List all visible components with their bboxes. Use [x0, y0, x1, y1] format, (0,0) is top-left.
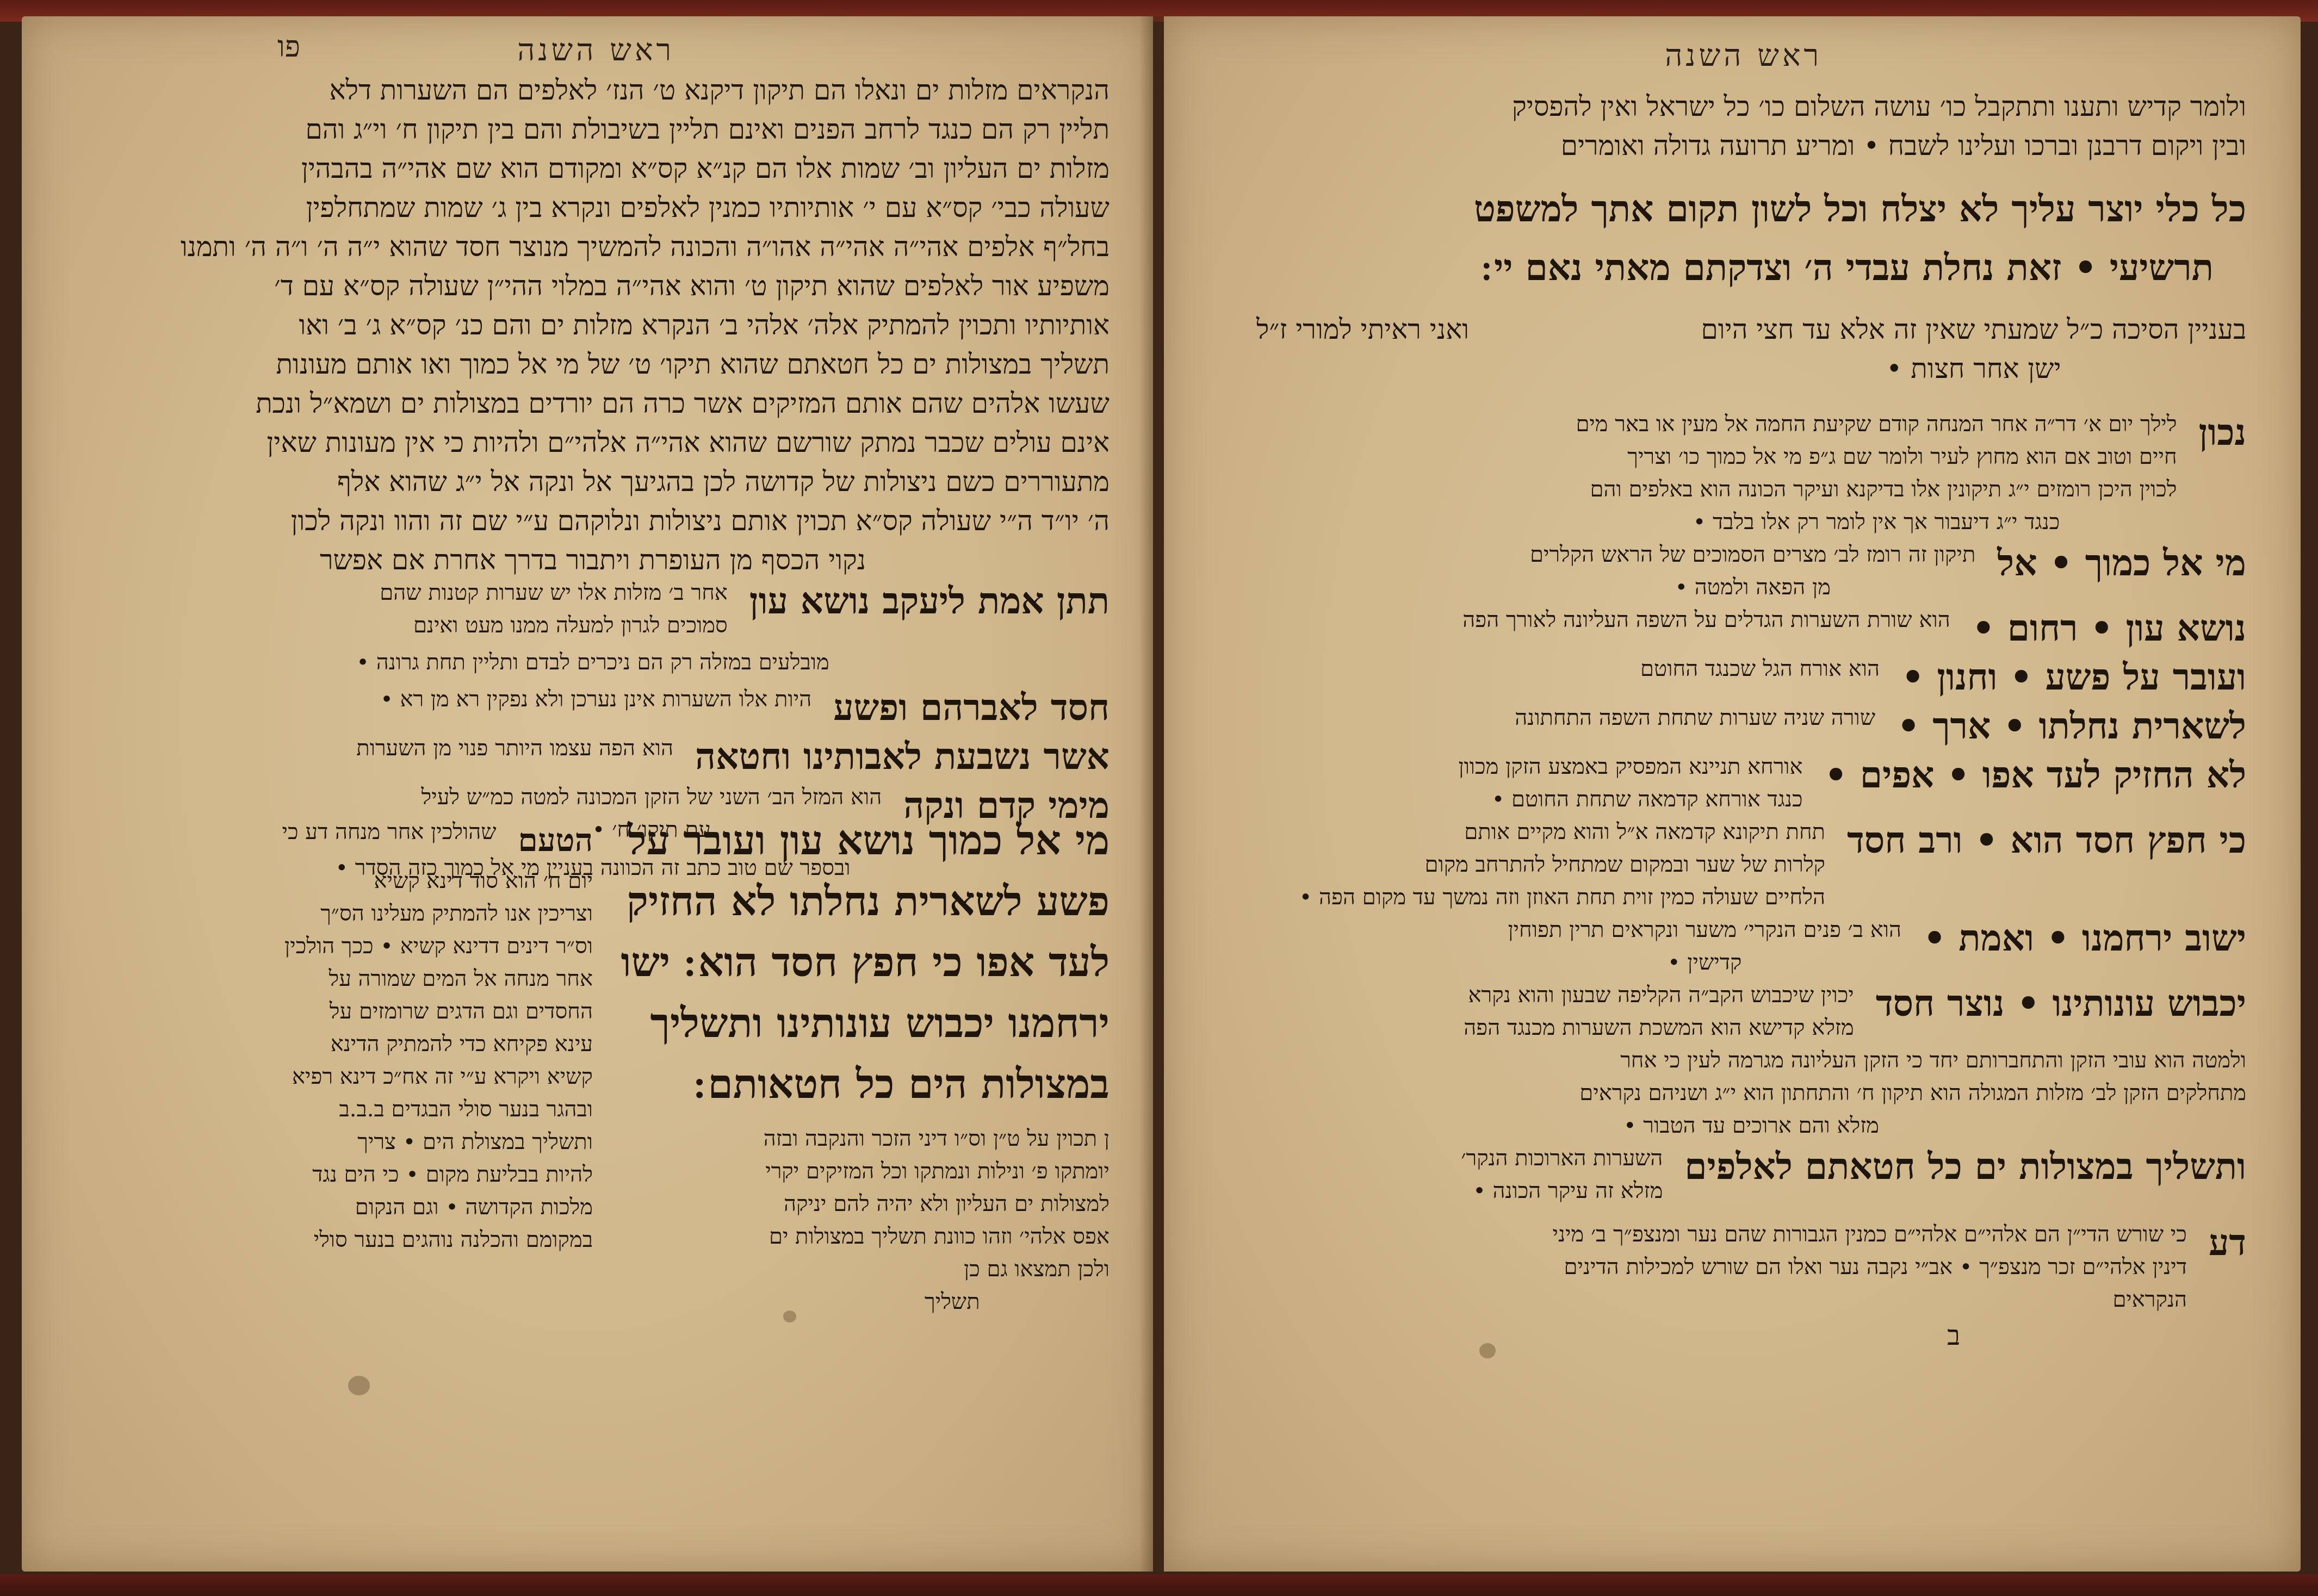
section-lead: דע: [2209, 1218, 2246, 1267]
section: לשארית נחלתו • ארך • שורה שניה שערות שתח…: [1256, 701, 2246, 750]
section-commentary: השערות הארוכות הנקר׳ מזלא זה עיקר הכונה …: [1461, 1142, 1663, 1207]
section-commentary: מובלעים במזלה רק הם ניכרים לבדם ותליין ת…: [76, 646, 1110, 679]
section: לא החזיק לעד אפו • אפים • אורחא תניינא ה…: [1256, 750, 2246, 816]
section: דע כי שורש הדי״ן הם אלהי״ם אלהי״ם כמנין …: [1256, 1218, 2246, 1316]
section-lead: תתן אמת ליעקב נושא עון: [749, 576, 1110, 625]
section-commentary: אחר ב׳ מזלות אלו יש שערות קטנות שהם סמוכ…: [380, 576, 728, 642]
verse-line: ירחמנו יכבוש עונותינו ותשליך: [620, 993, 1110, 1054]
right-page: ראש השנה ולומר קדיש ותענו ותתקבל כו׳ עוש…: [1164, 16, 2301, 1572]
section-lead: מי אל כמוך • אל: [1997, 538, 2246, 587]
section: ותשליך במצולות ים כל חטאתם לאלפים השערות…: [1256, 1142, 2246, 1207]
commentary-line: החסדים וגם הדגים שרומזים על: [87, 995, 593, 1028]
commentary-line: הוא המזל הב׳ השני של הזקן המכונה למטה כמ…: [421, 781, 882, 813]
commentary-line: הוא ב׳ פנים הנקרי׳ משער ונקראים תרין תפו…: [1508, 914, 1901, 946]
section-commentary: שורה שניה שערות שתחת השפה התחתונה: [1515, 701, 1875, 734]
right-sections: נכון לילך יום א׳ דר״ה אחר המנחה קודם שקי…: [1256, 408, 2246, 1355]
verse-line: מי אל כמוך נושא עון ועובר על: [620, 810, 1110, 871]
commentary-line: למצולות ים העליון ולא יהיה להם יניקה: [620, 1188, 1110, 1220]
text-line: מזלות ים העליון וב׳ שמות אלו הם קנ״א קס״…: [76, 149, 1110, 188]
commentary-line: לכוין היכן רומזים י״ג תיקונין אלו בדיקנא…: [1576, 473, 2177, 506]
section: מי אל כמוך • אל תיקון זה רומז לב׳ מצרים …: [1256, 538, 2246, 604]
catchword: ב: [1256, 1316, 2246, 1355]
commentary-line: אורחא תניינא המפסיק באמצע הזקן מכוון: [1458, 750, 1802, 783]
section-commentary: הוא שורת השערות הגדלים על השפה העליונה ל…: [1462, 604, 1950, 636]
section-lead: נושא עון • רחום •: [1972, 604, 2246, 653]
text-line: בחל״ף אלפים אהי״ה אהי״ה אהו״ה והכונה להמ…: [76, 227, 1110, 266]
section: יכבוש עונותינו • נוצר חסד יכוין שיכבוש ה…: [1256, 979, 2246, 1044]
section-lead: ועובר על פשע • וחנון •: [1901, 653, 2246, 701]
left-page: ראש השנה פו הנקראים מזלות ים ונאלו הם תי…: [22, 16, 1153, 1572]
intro-paragraph: ולומר קדיש ותענו ותתקבל כו׳ עושה השלום כ…: [1256, 87, 2246, 165]
section-lead: אשר נשבעת לאבותינו וחטאה: [695, 732, 1110, 781]
side-column: הטעם שהולכין אחר מנחה דע כי יום ח׳ הוא ס…: [87, 816, 593, 1256]
verse-commentary: ן תכוין על ט״ן וס״ו דיני הזכר והנקבה ובז…: [620, 1122, 1110, 1286]
verse-line: לעד אפו כי חפץ חסד הוא ׃ ישוב: [620, 932, 1110, 993]
commentary-line: תחת תיקונא קדמאה א״ל והוא מקיים אותם: [1299, 816, 1825, 848]
text-line: תליין רק הם כנגד לרחב הפנים ואינם תליין …: [76, 110, 1110, 149]
section-lead: נכון: [2199, 408, 2246, 457]
section-commentary: תיקון זה רומז לב׳ מצרים הסמוכים של הראש …: [1530, 538, 1975, 604]
section-commentary: אורחא תניינא המפסיק באמצע הזקן מכוון כנג…: [1458, 750, 1802, 816]
section-commentary: הוא אורח הגל שכנגד החוטם: [1640, 653, 1880, 685]
right-running-head: ראש השנה: [1665, 38, 1822, 73]
commentary-line: יומתקו פ׳ ונילות ונמתקו וכל המזיקים יקרי: [620, 1155, 1110, 1188]
section: ועובר על פשע • וחנון • הוא אורח הגל שכנג…: [1256, 653, 2246, 701]
catchword: תשליך: [620, 1286, 1110, 1318]
section-commentary: תחת תיקונא קדמאה א״ל והוא מקיים אותם קלר…: [1299, 816, 1825, 914]
commentary-line: אחר מנחה אל המים שמורה על: [87, 962, 593, 995]
section: אשר נשבעת לאבותינו וחטאה הוא הפה עצמו הי…: [76, 732, 1110, 781]
text-line: תשליך במצולות ים כל חטאתם שהוא תיקו׳ ט׳ …: [76, 345, 1110, 384]
commentary-line: ותשליך במצולת הים • צריך: [87, 1126, 593, 1158]
text-line: שעשו אלהים שהם אותם המזיקים אשר כרה הם י…: [76, 384, 1110, 423]
side-column-lead: הטעם: [518, 816, 593, 865]
verse-line: תרשיעי • זאת נחלת עבדי ה׳ וצדקתם מאתי נא…: [1256, 238, 2246, 297]
commentary-line: קדישין •: [1508, 946, 1901, 979]
section-commentary: היות אלו השערות אינן נערכן ולא נפקין רא …: [380, 683, 811, 716]
side-column-head: הטעם שהולכין אחר מנחה דע כי: [87, 816, 593, 865]
section-commentary: לילך יום א׳ דר״ה אחר המנחה קודם שקיעת הח…: [1576, 408, 2177, 538]
section-lead: יכבוש עונותינו • נוצר חסד: [1876, 979, 2246, 1028]
book-binding-bottom: [0, 1574, 2318, 1596]
commentary-line: עינא פקיחא כדי להמתיק הדינא: [87, 1028, 593, 1060]
commentary-line: תיקון זה רומז לב׳ מצרים הסמוכים של הראש …: [1530, 538, 1975, 571]
verse-line: במצולות הים כל חטאותם ׃: [620, 1054, 1110, 1115]
paper-stain: [783, 1311, 796, 1322]
section-commentary: הוא ב׳ פנים הנקרי׳ משער ונקראים תרין תפו…: [1508, 914, 1901, 979]
commentary-line: וס״ר דינים דדינא קשיא • ככך הולכין: [87, 930, 593, 962]
section-lead: לשארית נחלתו • ארך •: [1897, 701, 2246, 750]
verse-line: פשע לשארית נחלתו לא החזיק: [620, 871, 1110, 932]
commentary-line: קשיא ויקרא ע״י זה אח״כ דינא רפיא: [87, 1060, 593, 1093]
commentary-line: אפס אלהי׳ וזהו כוונת תשליך במצולות ים: [620, 1220, 1110, 1253]
text-line: נקוי הכסף מן העופרת ויתבור בדרך אחרת אם …: [76, 541, 1110, 580]
section: תתן אמת ליעקב נושא עון אחר ב׳ מזלות אלו …: [76, 576, 1110, 642]
verse-block: מי אל כמוך נושא עון ועובר על פשע לשארית …: [620, 810, 1110, 1318]
commentary-line: מלכות הקדושה • וגם הנקום: [87, 1191, 593, 1224]
section-lead: לא החזיק לעד אפו • אפים •: [1825, 750, 2246, 799]
section: נושא עון • רחום • הוא שורת השערות הגדלים…: [1256, 604, 2246, 653]
section: ישוב ירחמנו • ואמת • הוא ב׳ פנים הנקרי׳ …: [1256, 914, 2246, 979]
commentary-line: השערות הארוכות הנקר׳: [1461, 1142, 1663, 1175]
text-line: אותיותיו ותכוין להמתיק אלה׳ אלהי ב׳ הנקר…: [76, 306, 1110, 345]
commentary-line: להיות בבליעת מקום • כי הים נגד: [87, 1158, 593, 1191]
commentary-line: כי שורש הדי״ן הם אלהי״ם אלהי״ם כמנין הגב…: [1552, 1218, 2186, 1251]
quote-line: ישן אחר חצות •: [1701, 349, 2246, 388]
commentary-line: במקומם והכלנה נוהגים בנער סולי: [87, 1224, 593, 1256]
section: נכון לילך יום א׳ דר״ה אחר המנחה קודם שקי…: [1256, 408, 2246, 538]
left-running-head: ראש השנה: [517, 33, 674, 68]
commentary-line: ן תכוין על ט״ן וס״ו דיני הזכר והנקבה ובז…: [620, 1122, 1110, 1155]
commentary-line: מן הפאה ולמטה •: [1530, 571, 1975, 604]
left-folio: פו: [277, 29, 300, 64]
commentary-line: וצריכין אנו להמתיק מעלינו הס״ך: [87, 897, 593, 930]
text-line: ה׳ יו״ד ה״י שעולה קס״א תכוין אותם ניצולו…: [76, 501, 1110, 541]
text-line: מתעוררים כשם ניצולות של קדושה לכן בהגיעך…: [76, 462, 1110, 501]
section-lead: חסד לאברהם ופשע: [833, 683, 1110, 732]
commentary-line: הנקראים: [1552, 1283, 2186, 1316]
section-commentary: כי שורש הדי״ן הם אלהי״ם אלהי״ם כמנין הגב…: [1552, 1218, 2186, 1316]
commentary-line: ובהגר בנער סולי הבגדים ב.ב.ב: [87, 1093, 593, 1126]
commentary-line: ולכן תמצאו גם כן: [620, 1253, 1110, 1286]
commentary-line: מתחלקים הזקן לב׳ מזלות המגולה הוא תיקון …: [1256, 1077, 2246, 1109]
quote-block: בעניין הסיכה כ״ל שמעתי שאין זה אלא עד חצ…: [1256, 310, 2246, 388]
quote-aside: ואני ראיתי למורי ז״ל: [1256, 310, 1469, 349]
section-lead: ישוב ירחמנו • ואמת •: [1923, 914, 2246, 962]
commentary-line: מזלא זה עיקר הכונה •: [1461, 1175, 1663, 1207]
commentary-line: הלחיים שעולה כמין זוית תחת האוזן וזה נמש…: [1299, 881, 1825, 914]
quote-text: בעניין הסיכה כ״ל שמעתי שאין זה אלא עד חצ…: [1701, 310, 2246, 388]
text-line: שעולה כבי׳ קס״א עם י׳ אותיותיו כמנין לאל…: [76, 188, 1110, 227]
commentary-line: כנגד י״ג דיעבור אך אין לומר רק אלו בלבד …: [1576, 506, 2177, 538]
paper-stain: [1479, 1343, 1496, 1358]
commentary-line: מזלא והם ארוכים עד הטבור •: [1256, 1109, 2246, 1142]
section-continuation: ולמטה הוא עובי הזקן והתחברותם יחד כי הזק…: [1256, 1044, 2246, 1142]
section-commentary: הוא הפה עצמו היותר פנוי מן השערות: [356, 732, 673, 765]
section: חסד לאברהם ופשע היות אלו השערות אינן נער…: [76, 683, 1110, 732]
commentary-line: חיים וטוב אם הוא מחוץ לעיר ולומר שם ג״פ …: [1576, 440, 2177, 473]
section-lead: ותשליך במצולות ים כל חטאתם לאלפים: [1684, 1142, 2246, 1191]
commentary-line: יום ח׳ הוא סוד דינא קשיא: [87, 865, 593, 897]
section-lead: כי חפץ חסד הוא • ורב חסד: [1847, 816, 2246, 865]
text-line: ובין ויקום דרבנן וברכו ועלינו לשבח • ומר…: [1256, 126, 2246, 165]
commentary-line: יכוין שיכבוש הקב״ה הקליפה שבעון והוא נקר…: [1464, 979, 1854, 1011]
quote-line: בעניין הסיכה כ״ל שמעתי שאין זה אלא עד חצ…: [1701, 310, 2246, 349]
verse-line: כל כלי יוצר עליך לא יצלח וכל לשון תקום א…: [1256, 179, 2246, 238]
text-line: ולומר קדיש ותענו ותתקבל כו׳ עושה השלום כ…: [1256, 87, 2246, 126]
commentary-line: כנגד אורחא קדמאה שתחת החוטם •: [1458, 783, 1802, 816]
commentary-line: לילך יום א׳ דר״ה אחר המנחה קודם שקיעת הח…: [1576, 408, 2177, 440]
commentary-line: שהולכין אחר מנחה דע כי: [282, 816, 497, 848]
section: כי חפץ חסד הוא • ורב חסד תחת תיקונא קדמא…: [1256, 816, 2246, 914]
side-column-body: יום ח׳ הוא סוד דינא קשיא וצריכין אנו להמ…: [87, 865, 593, 1256]
verse-heading: כל כלי יוצר עליך לא יצלח וכל לשון תקום א…: [1256, 179, 2246, 297]
commentary-line: אחר ב׳ מזלות אלו יש שערות קטנות שהם: [380, 576, 728, 609]
commentary-line: קלרות של שער ובמקום שמתחיל להתרחב מקום: [1299, 848, 1825, 881]
left-top-paragraph: הנקראים מזלות ים ונאלו הם תיקון דיקנא ט׳…: [76, 71, 1110, 580]
paper-stain: [348, 1376, 370, 1395]
commentary-line: דינין אלהי״ם זכר מנצפ״ך • אב״י נקבה נער …: [1552, 1251, 2186, 1283]
text-line: אינם עולים שכבר נמתק שורשם שהוא אהי״ה אל…: [76, 423, 1110, 462]
commentary-line: מזלא קדישא הוא המשכת השערות מכנגד הפה: [1464, 1011, 1854, 1044]
text-line: משפיע אור לאלפים שהוא תיקון ט׳ והוא אהי״…: [76, 266, 1110, 306]
commentary-line: ולמטה הוא עובי הזקן והתחברותם יחד כי הזק…: [1256, 1044, 2246, 1077]
commentary-line: סמוכים לגרון למעלה ממנו מעט ואינם: [380, 609, 728, 642]
text-line: הנקראים מזלות ים ונאלו הם תיקון דיקנא ט׳…: [76, 71, 1110, 110]
section-commentary: יכוין שיכבוש הקב״ה הקליפה שבעון והוא נקר…: [1464, 979, 1854, 1044]
